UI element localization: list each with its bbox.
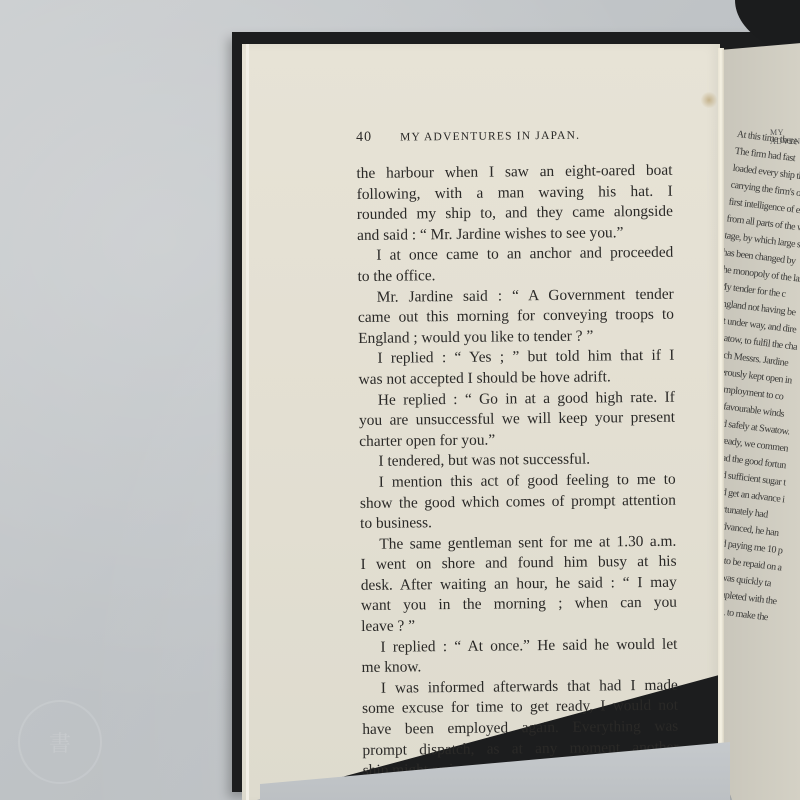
text-line: the harbour when I saw an eight-oared bo… — [356, 161, 672, 185]
page-text-block: 40 MY ADVENTURES IN JAPAN. the harbour w… — [356, 127, 679, 782]
text-line: I replied : “ At once.” He said he would… — [361, 634, 677, 658]
foxing-spot — [700, 92, 718, 108]
text-line: I mention this act of good feeling to me… — [360, 470, 676, 494]
text-line: show the good which comes of prompt atte… — [360, 490, 676, 514]
page-number: 40 — [356, 130, 400, 146]
text-line: you are unsuccessful we will keep your p… — [359, 408, 675, 432]
text-line: rounded my ship to, and they came alongs… — [357, 202, 673, 226]
text-line: have been employed again. Everything was — [362, 717, 678, 741]
running-head: 40 MY ADVENTURES IN JAPAN. — [356, 127, 672, 146]
text-line: I at once came to an anchor and proceede… — [357, 243, 673, 267]
text-line: want you in the morning ; when can you — [361, 593, 677, 617]
text-line: came out this morning for conveying troo… — [358, 305, 674, 329]
running-head-title: MY ADVENTURES IN JAPAN. — [400, 130, 580, 144]
watermark-stamp: 書 — [18, 700, 102, 784]
page-edge — [246, 44, 249, 800]
book-gutter — [718, 48, 724, 748]
text-line: I replied : “ Yes ; ” but told him that … — [358, 346, 674, 370]
body-text: the harbour when I saw an eight-oared bo… — [356, 161, 678, 782]
